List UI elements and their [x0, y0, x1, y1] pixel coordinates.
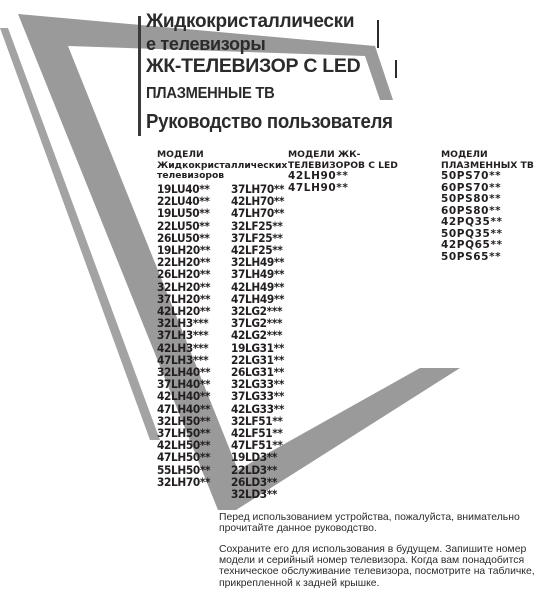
- plasma-models-heading: МОДЕЛИ ПЛАЗМЕННЫХ ТВ: [441, 150, 534, 171]
- title-separator-2: [395, 60, 397, 78]
- title-separator-1: [377, 20, 379, 48]
- model-number: 42PQ35**: [441, 217, 503, 229]
- model-number: 42LH3***: [157, 342, 210, 354]
- led-models-heading: МОДЕЛИ ЖК- ТЕЛЕВИЗОРОВ С LED: [288, 150, 398, 171]
- model-number: 42LG2***: [231, 329, 284, 341]
- model-number: 50PS80**: [441, 194, 503, 206]
- model-number: 22LU50**: [157, 220, 210, 232]
- title-line-3: ЖК-ТЕЛЕВИЗОР С LED: [146, 55, 360, 78]
- title-line-4: ПЛАЗМЕННЫЕ ТВ: [146, 85, 274, 103]
- model-number: 19LG31**: [231, 342, 284, 354]
- model-number: 37LH3***: [157, 329, 210, 341]
- model-number: 32LF25**: [231, 220, 284, 232]
- read-manual-notice: Перед использованием устройства, пожалуй…: [219, 512, 539, 534]
- lcd-models-list-a: 19LU40**22LU40**19LU50**22LU50**26LU50**…: [157, 183, 210, 488]
- model-number: 32LH70**: [157, 476, 210, 488]
- lcd-models-heading: МОДЕЛИ Жидкокристаллических телевизоров: [157, 150, 287, 182]
- model-number: 32LD3**: [231, 488, 284, 500]
- lcd-models-list-b: 37LH70**42LH70**47LH70**32LF25**37LF25**…: [231, 183, 284, 500]
- title-line-1: Жидкокристаллически: [146, 11, 354, 33]
- keep-manual-notice: Сохраните его для использования в будуще…: [219, 544, 539, 589]
- model-number: 47LH70**: [231, 207, 284, 219]
- model-number: 42LH90**: [288, 171, 348, 183]
- manual-title: Руководство пользователя: [146, 111, 393, 134]
- model-number: 50PS65**: [441, 252, 503, 264]
- model-number: 47LH90**: [288, 183, 348, 195]
- model-number: 42LH40**: [157, 390, 210, 402]
- model-number: 47LH50**: [157, 451, 210, 463]
- model-number: 26LH20**: [157, 268, 210, 280]
- model-number: 19LD3**: [231, 451, 284, 463]
- model-number: 19LU50**: [157, 207, 210, 219]
- title-accent-bar: [138, 16, 141, 136]
- model-number: 50PS70**: [441, 171, 503, 183]
- model-number: 37LH49**: [231, 268, 284, 280]
- model-number: 32LH20**: [157, 281, 210, 293]
- model-number: 42LH49**: [231, 281, 284, 293]
- led-models-list: 42LH90**47LH90**: [288, 171, 348, 194]
- title-line-2: е телевизоры: [146, 34, 265, 55]
- plasma-models-list: 50PS70**60PS70**50PS80**60PS80**42PQ35**…: [441, 171, 503, 263]
- model-number: 37LG33**: [231, 390, 284, 402]
- model-number: 42PQ65**: [441, 240, 503, 252]
